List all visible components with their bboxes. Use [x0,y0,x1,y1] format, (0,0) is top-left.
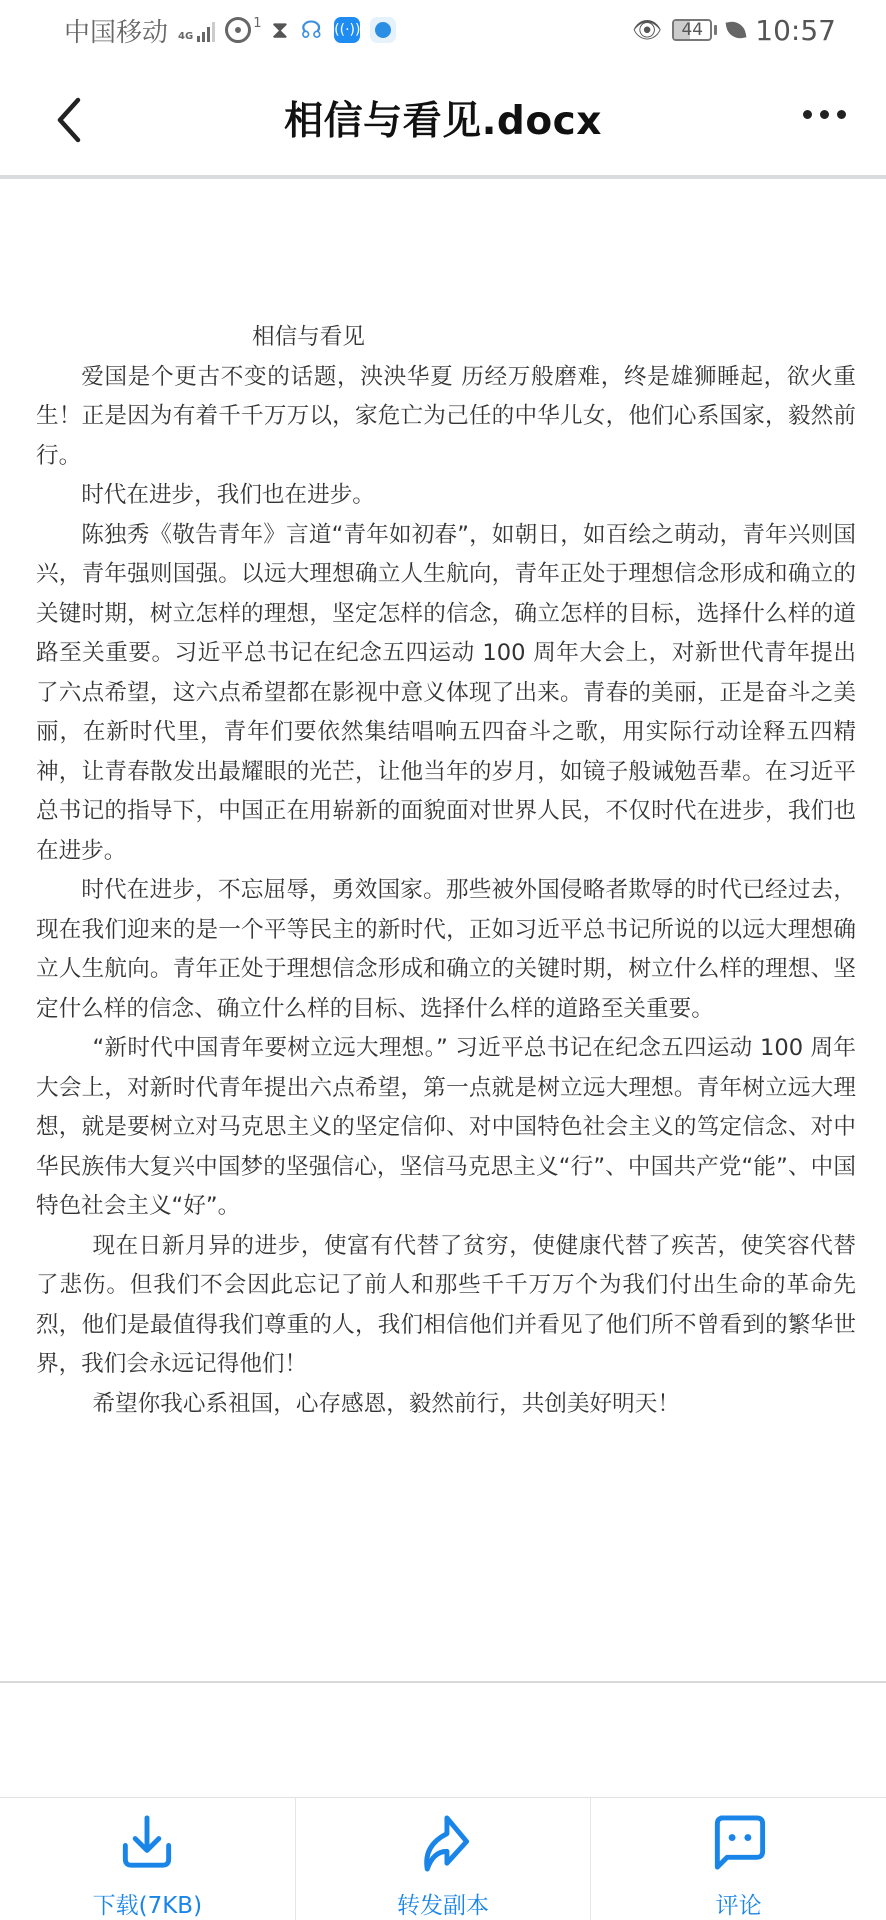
network-type: 4G [178,32,193,42]
status-bar: 中国移动 4G 1 ⧗ ☊ ((·)) 👁 44 10:57 [0,0,886,60]
bottom-action-bar: 下载(7KB) 转发副本 评论 [0,1798,886,1920]
forward-copy-button[interactable]: 转发副本 [296,1798,592,1920]
eye-comfort-icon: 👁 [632,16,662,44]
nav-header: 相信与看见.docx [0,60,886,176]
download-button[interactable]: 下载(7KB) [0,1798,296,1920]
paragraph: 爱国是个更古不变的话题，泱泱华夏 历经万般磨难，终是雄狮睡起，欲火重生！正是因为… [36,358,856,477]
more-horizontal-icon [803,110,812,119]
hourglass-icon: ⧗ [271,16,288,44]
carrier-name: 中国移动 [64,12,168,49]
cloud-app-icon [370,17,396,43]
status-left: 中国移动 4G 1 ⧗ ☊ ((·)) [64,12,396,49]
header-divider [0,175,886,179]
wifi-key-app-icon: ((·)) [334,17,360,43]
paragraph: 希望你我心系祖国，心存感恩，毅然前行，共创美好明天！ [36,1385,856,1425]
chevron-left-icon[interactable] [52,96,92,144]
more-options-button[interactable] [803,110,846,119]
cellular-signal-icon: 4G [178,18,215,42]
document-title: 相信与看见 [36,318,856,358]
page-title: 相信与看见.docx [284,90,602,146]
battery-icon: 44 [672,19,717,41]
forward-copy-label: 转发副本 [397,1887,489,1920]
paragraph: 陈独秀《敬告青年》言道“青年如初春”，如朝日，如百绘之萌动，青年兴则国兴，青年强… [36,516,856,872]
status-right: 👁 44 10:57 [632,14,836,47]
paragraph: 时代在进步，不忘屈辱，勇效国家。那些被外国侵略者欺辱的时代已经过去，现在我们迎来… [36,871,856,1029]
paragraph: 时代在进步，我们也在进步。 [36,476,856,516]
document-content: 相信与看见 爱国是个更古不变的话题，泱泱华夏 历经万般磨难，终是雄狮睡起，欲火重… [36,318,856,1424]
paragraph: 现在日新月异的进步，使富有代替了贫穷，使健康代替了疾苦，使笑容代替了悲伤。但我们… [36,1227,856,1385]
hotspot-icon [225,17,251,43]
hotspot-count: 1 [253,16,261,31]
paragraph: “新时代中国青年要树立远大理想。” 习近平总书记在纪念五四运动 100 周年大会… [36,1029,856,1227]
document-end-divider [0,1681,886,1683]
battery-level: 44 [681,20,703,40]
headset-app-icon: ☊ [298,17,324,43]
power-saving-leaf-icon [726,20,747,41]
download-icon [115,1812,179,1875]
download-label: 下载(7KB) [93,1887,202,1920]
comment-icon [707,1812,771,1875]
clock: 10:57 [755,14,836,47]
comment-button[interactable]: 评论 [591,1798,886,1920]
comment-label: 评论 [716,1887,762,1920]
forward-icon [411,1812,475,1875]
